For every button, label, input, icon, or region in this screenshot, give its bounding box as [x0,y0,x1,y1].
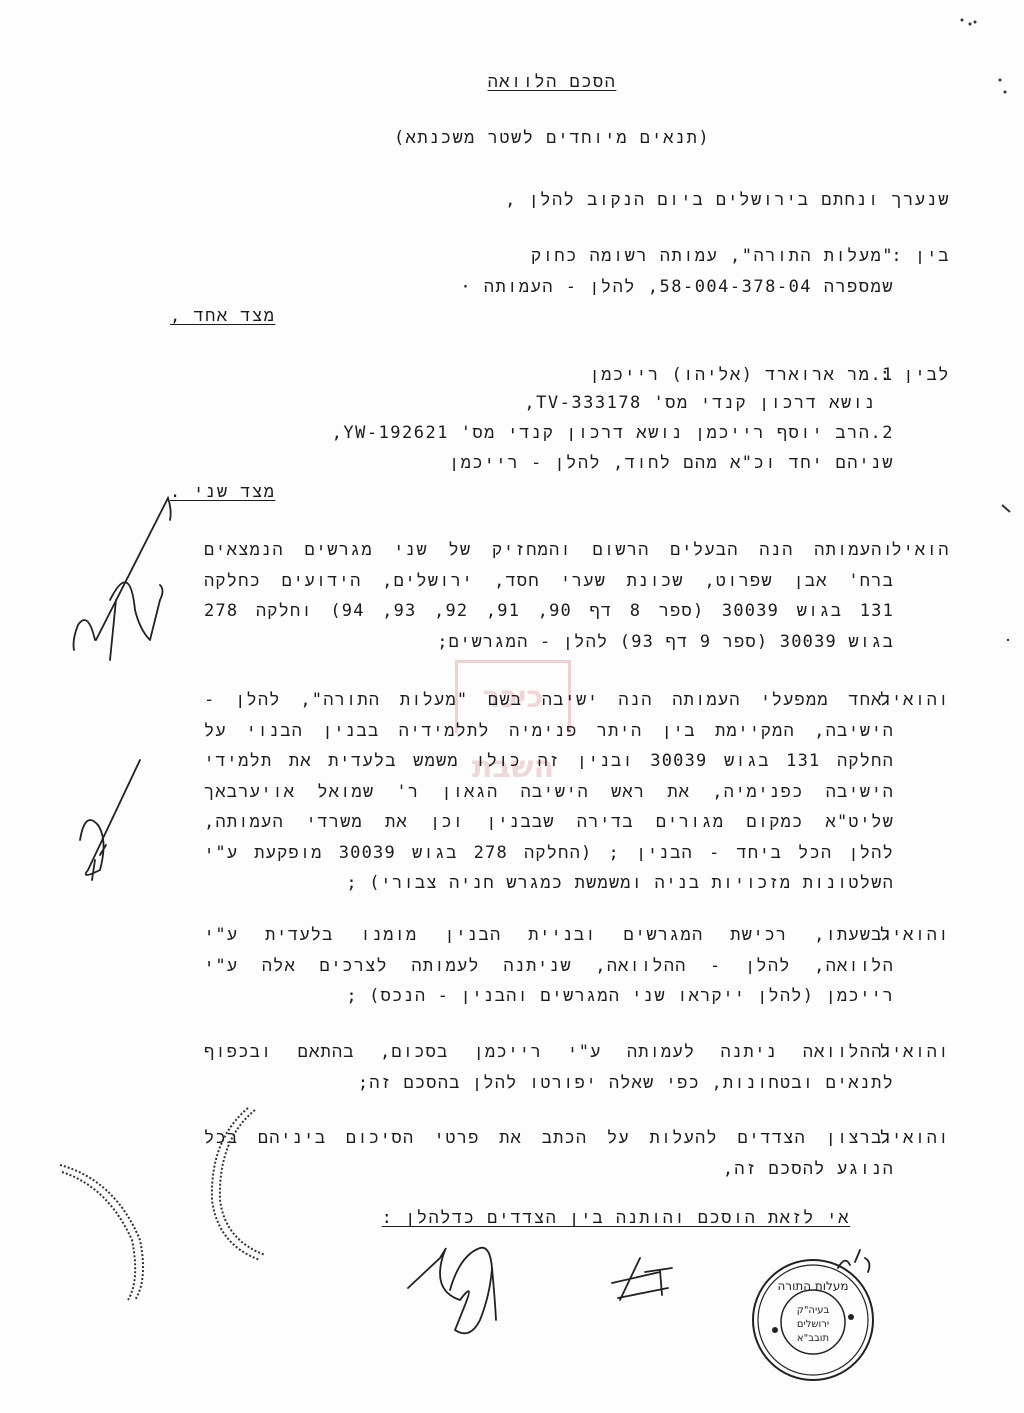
margin-specks [961,19,1011,642]
stamp-inner-line: בעיה"ק [797,1305,830,1316]
margin-initials-icon [80,760,140,880]
stamp-inner-line: תובב"א [797,1333,829,1344]
signature-icon [408,1248,496,1334]
stamp-outer-text: מעלות התורה [777,1279,848,1293]
faded-stamp-icon [60,1108,265,1300]
signature-icon [612,1258,672,1300]
organization-stamp: מעלות התורה בעיה"ק ירושלים תובב"א [753,1260,873,1380]
handwritten-marks: מעלות התורה בעיה"ק ירושלים תובב"א [0,0,1024,1413]
document-page: כיכר השבת הסכם הלוואה (תנאים מיוחדים לשט… [0,0,1024,1413]
stamp-inner-line: ירושלים [797,1319,829,1330]
margin-initials-icon [74,498,171,660]
